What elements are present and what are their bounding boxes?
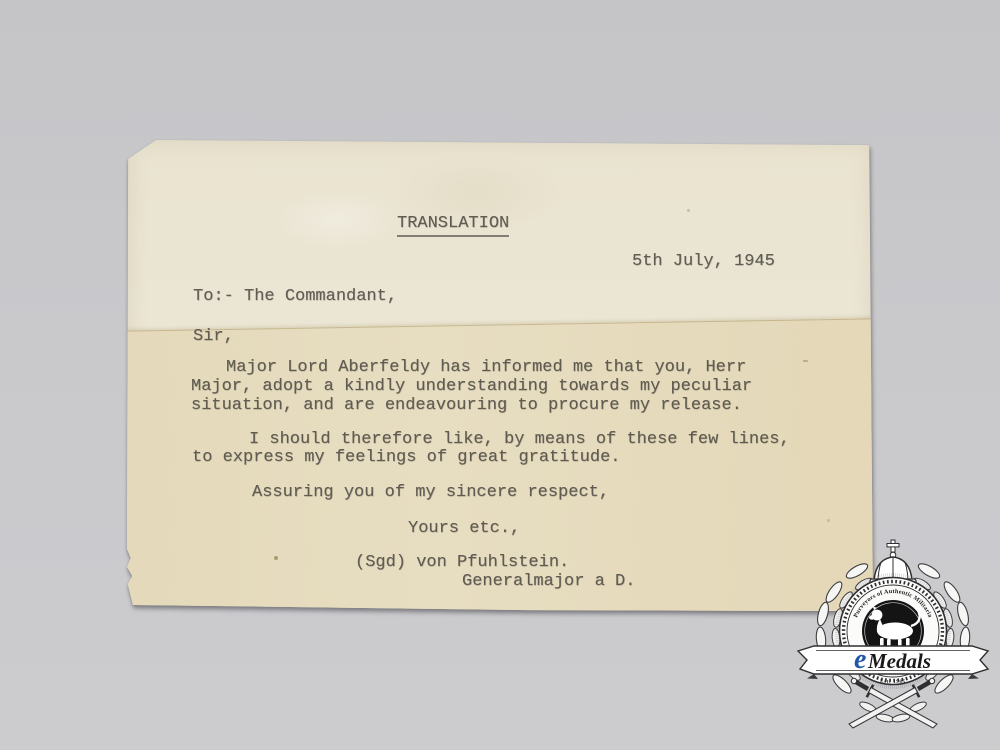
established-label: Est. 1985 — [880, 680, 906, 685]
letter-signature: (Sgd) von Pfuhlstein. — [355, 553, 569, 573]
letter-valediction: Yours etc., — [408, 519, 520, 539]
letter-date: 5th July, 1945 — [632, 252, 775, 272]
letter-body-line: I should therefore like, by means of the… — [249, 430, 790, 450]
paper-speck — [803, 360, 808, 362]
brand-name: Medals — [867, 649, 931, 673]
paper-speck — [827, 519, 830, 522]
emedals-watermark-emblem: Purveyors of Authentic Militaria — [790, 535, 990, 735]
banner-ribbon: e Medals — [798, 644, 988, 679]
document-photo: TRANSLATION 5th July, 1945 To:- The Comm… — [127, 139, 873, 613]
paper-speck — [274, 556, 278, 560]
letter-body-line: Major, adopt a kindly understanding towa… — [191, 377, 752, 397]
letter-salutation: Sir, — [193, 327, 234, 347]
letter-paper: TRANSLATION 5th July, 1945 To:- The Comm… — [127, 139, 873, 613]
letter-body-line: to express my feelings of great gratitud… — [192, 448, 620, 468]
letter-closing: Assuring you of my sincere respect, — [252, 483, 609, 503]
letter-body-line: Major Lord Aberfeldy has informed me tha… — [226, 358, 746, 378]
letter-recipient: To:- The Commandant, — [193, 287, 397, 307]
paper-speck — [687, 209, 690, 212]
photo-background: TRANSLATION 5th July, 1945 To:- The Comm… — [0, 0, 1000, 750]
letter-heading: TRANSLATION — [397, 214, 509, 237]
letter-signature-title: Generalmajor a D. — [462, 572, 635, 592]
brand-letter-e: e — [854, 644, 866, 675]
letter-body-line: situation, and are endeavouring to procu… — [191, 396, 742, 416]
